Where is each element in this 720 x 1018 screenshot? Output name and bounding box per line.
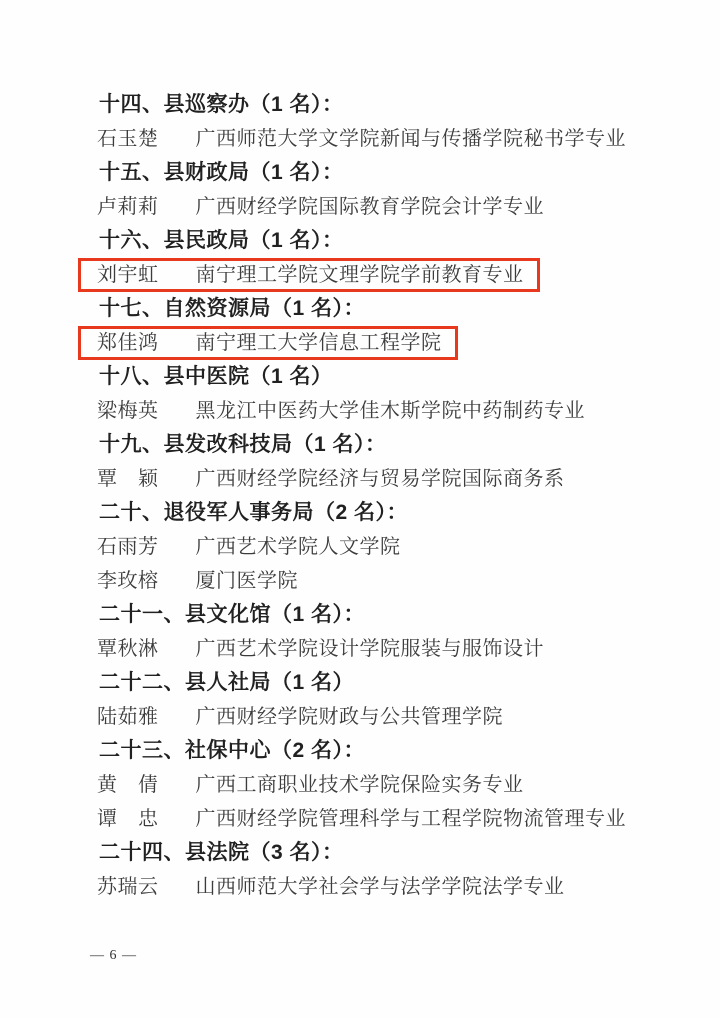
person-name: 卢莉莉: [97, 193, 190, 221]
entry-line: 卢莉莉 广西财经学院国际教育学院会计学专业: [0, 190, 720, 224]
school-name: 厦门医学院: [196, 567, 299, 595]
person-name: 黄 倩: [97, 771, 190, 799]
entry-highlight-box: 谭 忠 广西财经学院管理科学与工程学院物流管理专业: [78, 802, 642, 836]
entry-highlight-box: 卢莉莉 广西财经学院国际教育学院会计学专业: [78, 190, 560, 224]
entry-line: 苏瑞云 山西师范大学社会学与法学学院法学专业: [0, 870, 720, 904]
entry-highlight-box: 李玫榕 厦门医学院: [78, 564, 314, 598]
appointment-list: 十四、县巡察办（1 名）： 石玉楚 广西师范大学文学院新闻与传播学院秘书学专业 …: [0, 88, 720, 904]
school-name: 广西工商职业技术学院保险实务专业: [196, 771, 524, 799]
school-name: 广西财经学院国际教育学院会计学专业: [196, 193, 545, 221]
document-page: 十四、县巡察办（1 名）： 石玉楚 广西师范大学文学院新闻与传播学院秘书学专业 …: [0, 0, 720, 1018]
section-heading: 十九、县发改科技局（1 名）：: [0, 428, 720, 462]
entry-highlight-box: 覃秋淋 广西艺术学院设计学院服装与服饰设计: [78, 632, 560, 666]
entry-highlight-box: 石玉楚 广西师范大学文学院新闻与传播学院秘书学专业: [78, 122, 642, 156]
section-heading: 十四、县巡察办（1 名）：: [0, 88, 720, 122]
entry-highlight-box: 苏瑞云 山西师范大学社会学与法学学院法学专业: [78, 870, 581, 904]
school-name: 南宁理工大学信息工程学院: [196, 329, 442, 357]
section-heading: 十五、县财政局（1 名）：: [0, 156, 720, 190]
section-heading: 二十、退役军人事务局（2 名）：: [0, 496, 720, 530]
person-name: 郑佳鸿: [97, 329, 190, 357]
entry-line: 石玉楚 广西师范大学文学院新闻与传播学院秘书学专业: [0, 122, 720, 156]
school-name: 南宁理工学院文理学院学前教育专业: [196, 261, 524, 289]
person-name: 石雨芳: [97, 533, 190, 561]
person-name: 覃 颖: [97, 465, 190, 493]
section-heading: 二十三、社保中心（2 名）：: [0, 734, 720, 768]
entry-highlight-box: 郑佳鸿 南宁理工大学信息工程学院: [78, 326, 458, 360]
school-name: 广西财经学院管理科学与工程学院物流管理专业: [196, 805, 627, 833]
school-name: 广西财经学院财政与公共管理学院: [196, 703, 504, 731]
school-name: 黑龙江中医药大学佳木斯学院中药制药专业: [196, 397, 586, 425]
entry-highlight-box: 黄 倩 广西工商职业技术学院保险实务专业: [78, 768, 540, 802]
section-heading: 二十二、县人社局（1 名）: [0, 666, 720, 700]
entry-line: 刘宇虹 南宁理工学院文理学院学前教育专业: [0, 258, 720, 292]
entry-line: 梁梅英 黑龙江中医药大学佳木斯学院中药制药专业: [0, 394, 720, 428]
section-heading: 十六、县民政局（1 名）：: [0, 224, 720, 258]
section-heading: 二十四、县法院（3 名）：: [0, 836, 720, 870]
school-name: 广西艺术学院设计学院服装与服饰设计: [196, 635, 545, 663]
entry-line: 李玫榕 厦门医学院: [0, 564, 720, 598]
person-name: 谭 忠: [97, 805, 190, 833]
school-name: 广西艺术学院人文学院: [196, 533, 401, 561]
entry-highlight-box: 石雨芳 广西艺术学院人文学院: [78, 530, 417, 564]
entry-line: 覃 颖 广西财经学院经济与贸易学院国际商务系: [0, 462, 720, 496]
section-heading: 十八、县中医院（1 名）: [0, 360, 720, 394]
person-name: 陆茹雅: [97, 703, 190, 731]
entry-line: 石雨芳 广西艺术学院人文学院: [0, 530, 720, 564]
page-number: — 6 —: [90, 948, 137, 964]
entry-line: 郑佳鸿 南宁理工大学信息工程学院: [0, 326, 720, 360]
school-name: 山西师范大学社会学与法学学院法学专业: [196, 873, 565, 901]
person-name: 梁梅英: [97, 397, 190, 425]
person-name: 刘宇虹: [97, 261, 190, 289]
person-name: 李玫榕: [97, 567, 190, 595]
section-heading: 二十一、县文化馆（1 名）：: [0, 598, 720, 632]
entry-line: 黄 倩 广西工商职业技术学院保险实务专业: [0, 768, 720, 802]
entry-highlight-box: 陆茹雅 广西财经学院财政与公共管理学院: [78, 700, 519, 734]
entry-highlight-box: 刘宇虹 南宁理工学院文理学院学前教育专业: [78, 258, 540, 292]
entry-highlight-box: 覃 颖 广西财经学院经济与贸易学院国际商务系: [78, 462, 581, 496]
entry-line: 谭 忠 广西财经学院管理科学与工程学院物流管理专业: [0, 802, 720, 836]
person-name: 石玉楚: [97, 125, 190, 153]
entry-line: 覃秋淋 广西艺术学院设计学院服装与服饰设计: [0, 632, 720, 666]
person-name: 覃秋淋: [97, 635, 190, 663]
person-name: 苏瑞云: [97, 873, 190, 901]
section-heading: 十七、自然资源局（1 名）：: [0, 292, 720, 326]
entry-highlight-box: 梁梅英 黑龙江中医药大学佳木斯学院中药制药专业: [78, 394, 601, 428]
entry-line: 陆茹雅 广西财经学院财政与公共管理学院: [0, 700, 720, 734]
school-name: 广西财经学院经济与贸易学院国际商务系: [196, 465, 565, 493]
school-name: 广西师范大学文学院新闻与传播学院秘书学专业: [196, 125, 627, 153]
